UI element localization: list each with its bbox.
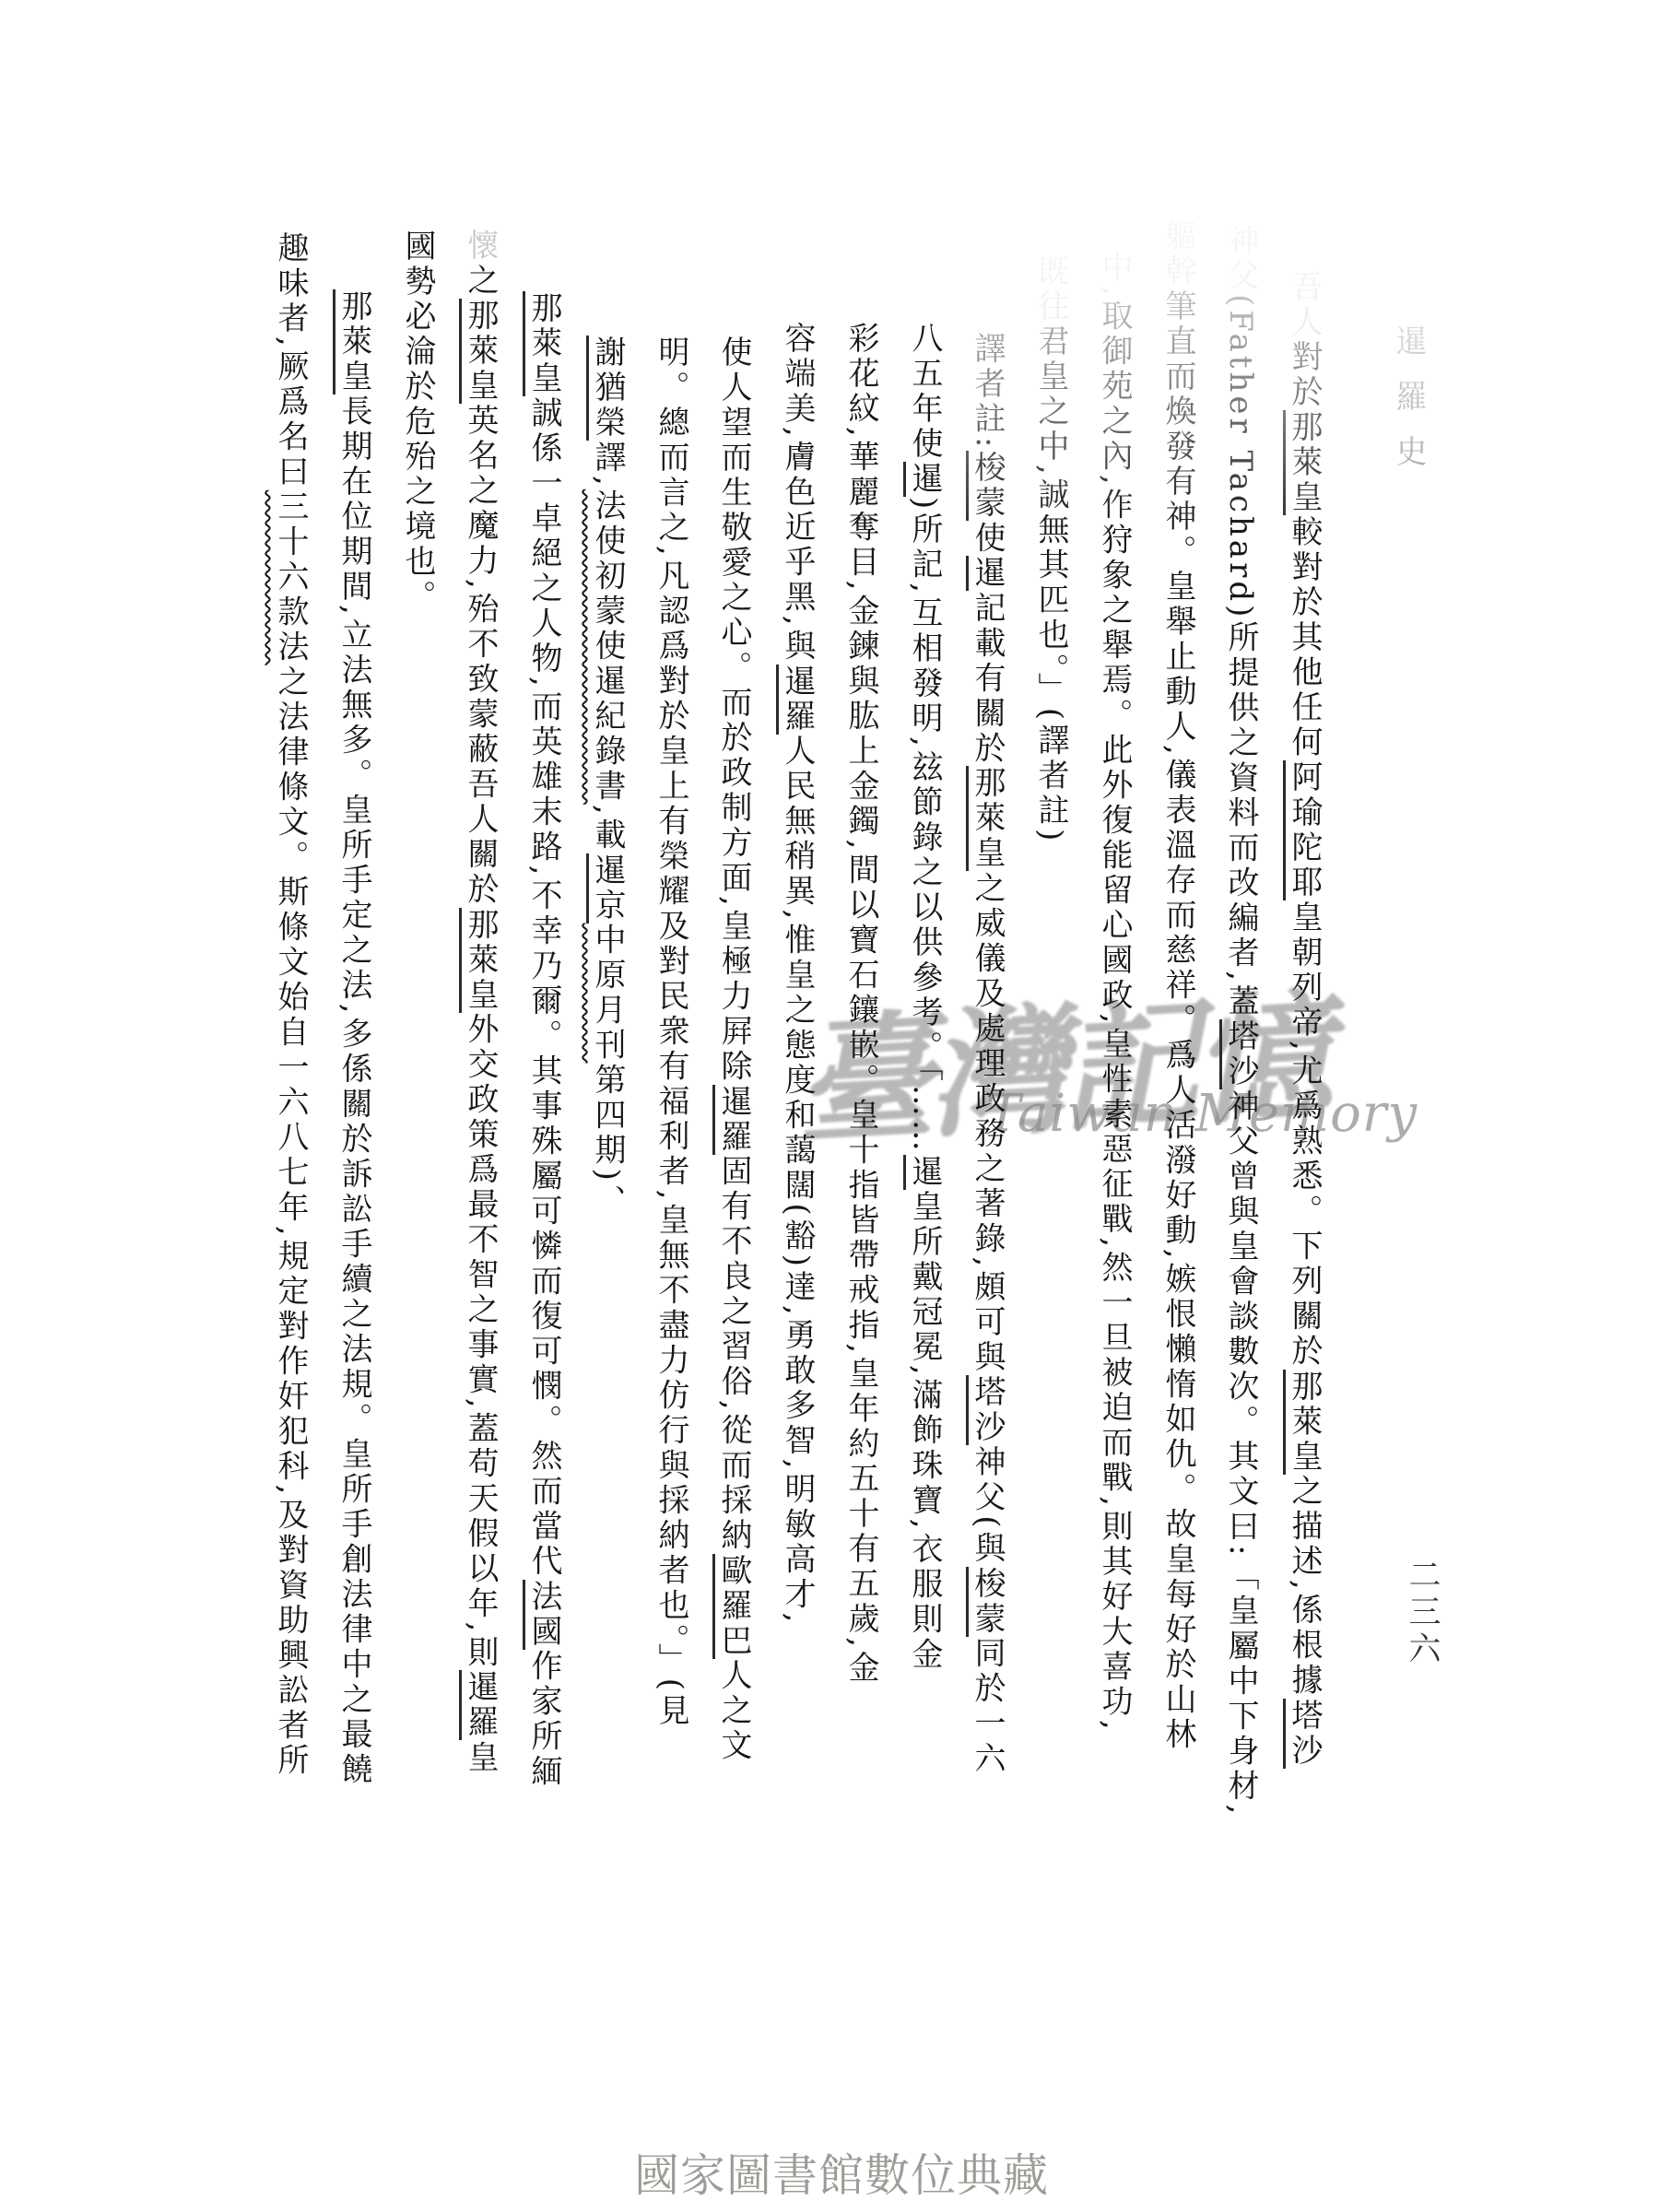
faded-text: 懷: [462, 229, 499, 264]
proper-noun-marked-text: 謝猶榮: [586, 335, 626, 441]
proper-noun-marked-text: 暹: [966, 556, 1006, 591]
faded-text: 神父: [1222, 224, 1259, 294]
text-column-16: 那萊皇長期在位期間,立法無多。皇所手定之法,多係關於訴訟手續之法規。皇所手創法律…: [335, 289, 373, 1788]
text-column-5: 既往君皇之中,誠無其匹也。」(譯者註): [1031, 254, 1070, 844]
text-run: 明。總而言之,凡認爲對於皇上有榮耀及對民衆有福利者,皇無不盡力仿行與採納者也。」…: [653, 335, 689, 1729]
taiwan-memory-watermark-latin: Taiwan Memory: [986, 1084, 1418, 1144]
proper-noun-marked-text: 暹: [903, 462, 943, 497]
text-column-17: 趣味者,厥爲名曰三十六款法之法律條文。斯條文始自一六八七年,規定對作奸犯科,及對…: [271, 231, 310, 1778]
book-page-scan: 臺灣記憶 Taiwan Memory 暹羅史 二三六 吾人對於那萊皇較對於其他任…: [0, 0, 1659, 2212]
text-run: 外交政策爲最不智之事實,蓋苟天假以年,則: [462, 1013, 499, 1671]
proper-noun-marked-text: 阿瑜陀耶: [1283, 760, 1323, 900]
proper-noun-marked-text: 那萊皇: [333, 289, 372, 394]
text-run: 作家所緬: [525, 1650, 562, 1790]
text-run: 君皇之中,誠無其匹也。」(譯者註): [1032, 324, 1069, 844]
text-column-7: 八五年使暹)所記,互相發明,玆節錄之以供參考。「……暹皇所戴冠冕,滿飾珠寶,衣服…: [905, 322, 944, 1673]
proper-noun-marked-text: 歐羅巴: [712, 1554, 752, 1659]
running-title: 暹羅史: [1386, 324, 1431, 490]
text-run: (Father Tachard)所提供之資料而改編者,蓋: [1222, 294, 1259, 1019]
proper-noun-marked-text: 梭蒙: [966, 1567, 1006, 1637]
text-run: 譯,: [589, 441, 626, 489]
text-run: 之威儀及處理政務之著錄,頗可與: [969, 871, 1006, 1375]
text-run: 皇: [462, 1740, 499, 1775]
text-run: 取御苑之內,作狩象之舉焉。此外復能留心國政,皇性素惡征戰,然一旦被迫而戰,則其好…: [1096, 300, 1133, 1734]
proper-noun-marked-text: 那萊皇: [459, 908, 499, 1013]
text-column-15: 國勢必淪於危殆之境也。: [398, 229, 437, 615]
text-run: 誠係一卓絕之人物,而英雄末路,不幸乃爾。其事殊屬可憐而復可憫。然而當代: [525, 396, 562, 1580]
library-caption: 國家圖書館數位典藏: [634, 2140, 1049, 2205]
text-column-2: 神父(Father Tachard)所提供之資料而改編者,蓋塔沙神父曾與皇會談數…: [1221, 224, 1260, 1818]
text-column-13: 那萊皇誠係一卓絕之人物,而英雄末路,不幸乃爾。其事殊屬可憐而復可憫。然而當代法國…: [524, 291, 563, 1790]
faded-text: 軀幹: [1159, 219, 1196, 289]
text-column-4: 中,取御苑之內,作狩象之舉焉。此外復能留心國政,皇性素惡征戰,然一旦被迫而戰,則…: [1095, 251, 1134, 1734]
proper-noun-marked-text: 塔沙: [1219, 1019, 1259, 1089]
text-run: 對於: [1286, 340, 1323, 410]
text-run: 較對於其他任何: [1286, 515, 1323, 760]
text-run: 記載有關於: [969, 591, 1006, 766]
faded-text: 吾人: [1286, 270, 1323, 340]
text-column-14: 懷之那萊皇英名之魔力,殆不致蒙蔽吾人關於那萊皇外交政策爲最不智之事實,蓋苟天假以…: [461, 229, 500, 1775]
book-title-marked-text: 三十六款法: [272, 490, 309, 665]
proper-noun-marked-text: 法國: [523, 1580, 562, 1650]
text-run: 之法律條文。斯條文始自一六八七年,規定對作奸犯科,及對資助興訟者所: [272, 665, 309, 1779]
proper-noun-marked-text: 塔沙: [1283, 1699, 1323, 1769]
text-run: 皇朝列帝,尤爲熟悉。下列關於: [1286, 900, 1323, 1370]
text-run: 神父曾與皇會談數次。其文曰:「皇屬中下身材,: [1222, 1089, 1259, 1818]
text-run: 譯者註:: [969, 332, 1006, 451]
proper-noun-marked-text: 暹京: [586, 853, 626, 924]
text-run: 長期在位期間,立法無多。皇所手定之法,多係關於訴訟手續之法規。皇所手創法律中之最…: [335, 394, 372, 1788]
text-run: 皇所戴冠冕,滿飾珠寶,衣服則金: [906, 1190, 943, 1673]
text-run: 使: [969, 521, 1006, 556]
proper-noun-marked-text: 暹羅: [712, 1085, 752, 1155]
proper-noun-marked-text: 那萊皇: [1283, 410, 1323, 515]
proper-noun-marked-text: 梭蒙: [966, 451, 1006, 521]
text-column-11: 明。總而言之,凡認爲對於皇上有榮耀及對民衆有福利者,皇無不盡力仿行與採納者也。」…: [652, 335, 690, 1729]
text-run: 英名之魔力,殆不致蒙蔽吾人關於: [462, 404, 499, 908]
book-title-marked-text: 中原月刊: [589, 924, 626, 1064]
text-run: 固有不良之習俗,從而採納: [715, 1155, 752, 1554]
text-run: 彩花紋,華麗奪目,金鍊與肱上金鐲,間以寶石鑲嵌。皇十指皆帶戒指,皇年約五十有五歲…: [842, 322, 879, 1686]
text-run: 筆直而煥發有神。皇舉止動人,儀表溫存而慈祥。爲人活潑好動,嫉恨懶惰如仇。故皇每好…: [1159, 289, 1196, 1753]
text-run: 趣味者,厥爲名曰: [272, 231, 309, 490]
text-run: 人民無稍異,惟皇之態度和藹闊(豁)達,勇敢多智,明敏高才,: [779, 735, 816, 1627]
text-column-12: 謝猶榮譯,法使初蒙使暹紀錄書,載暹京中原月刊第四期)、: [588, 335, 627, 1219]
faded-text: 既往: [1032, 254, 1069, 324]
text-run: 第四期)、: [589, 1064, 626, 1219]
proper-noun-marked-text: 那萊皇: [1283, 1370, 1323, 1475]
proper-noun-marked-text: 暹羅: [459, 1670, 499, 1740]
text-run: 同於一六: [969, 1637, 1006, 1777]
text-run: 之描述,係根據: [1286, 1475, 1323, 1699]
text-column-1: 吾人對於那萊皇較對於其他任何阿瑜陀耶皇朝列帝,尤爲熟悉。下列關於那萊皇之描述,係…: [1285, 270, 1324, 1769]
book-title-marked-text: 法使初蒙使暹紀錄書: [589, 489, 626, 805]
text-run: 國勢必淪於危殆之境也。: [399, 229, 436, 615]
page-number: 二三六: [1399, 1558, 1445, 1668]
text-column-3: 軀幹筆直而煥發有神。皇舉止動人,儀表溫存而慈祥。爲人活潑好動,嫉恨懶惰如仇。故皇…: [1159, 219, 1197, 1753]
text-run: 八五年使: [906, 322, 943, 462]
faded-text: 中,: [1096, 251, 1133, 300]
text-column-9: 容端美,膚色近乎黑,與暹羅人民無稍異,惟皇之態度和藹闊(豁)達,勇敢多智,明敏高…: [778, 322, 817, 1626]
text-run: 使人望而生敬愛之心。而於政制方面,皇極力屛除: [715, 335, 752, 1085]
text-column-10: 使人望而生敬愛之心。而於政制方面,皇極力屛除暹羅固有不良之習俗,從而採納歐羅巴人…: [714, 335, 753, 1764]
proper-noun-marked-text: 那萊皇: [966, 766, 1006, 871]
text-run: )所記,互相發明,玆節錄之以供參考。「……: [906, 497, 943, 1155]
text-run: 神父(與: [969, 1445, 1006, 1566]
text-column-8: 彩花紋,華麗奪目,金鍊與肱上金鐲,間以寶石鑲嵌。皇十指皆帶戒指,皇年約五十有五歲…: [841, 322, 880, 1686]
proper-noun-marked-text: 塔沙: [966, 1375, 1006, 1445]
text-run: ,載: [589, 805, 626, 853]
text-run: 容端美,膚色近乎黑,與: [779, 322, 816, 665]
proper-noun-marked-text: 那萊皇: [523, 291, 562, 396]
proper-noun-marked-text: 暹羅: [776, 665, 816, 735]
text-run: 人之文: [715, 1659, 752, 1764]
proper-noun-marked-text: 那萊皇: [459, 299, 499, 404]
text-column-6: 譯者註:梭蒙使暹記載有關於那萊皇之威儀及處理政務之著錄,頗可與塔沙神父(與梭蒙同…: [968, 332, 1006, 1777]
text-run: 之: [462, 264, 499, 299]
proper-noun-marked-text: 暹: [903, 1155, 943, 1190]
